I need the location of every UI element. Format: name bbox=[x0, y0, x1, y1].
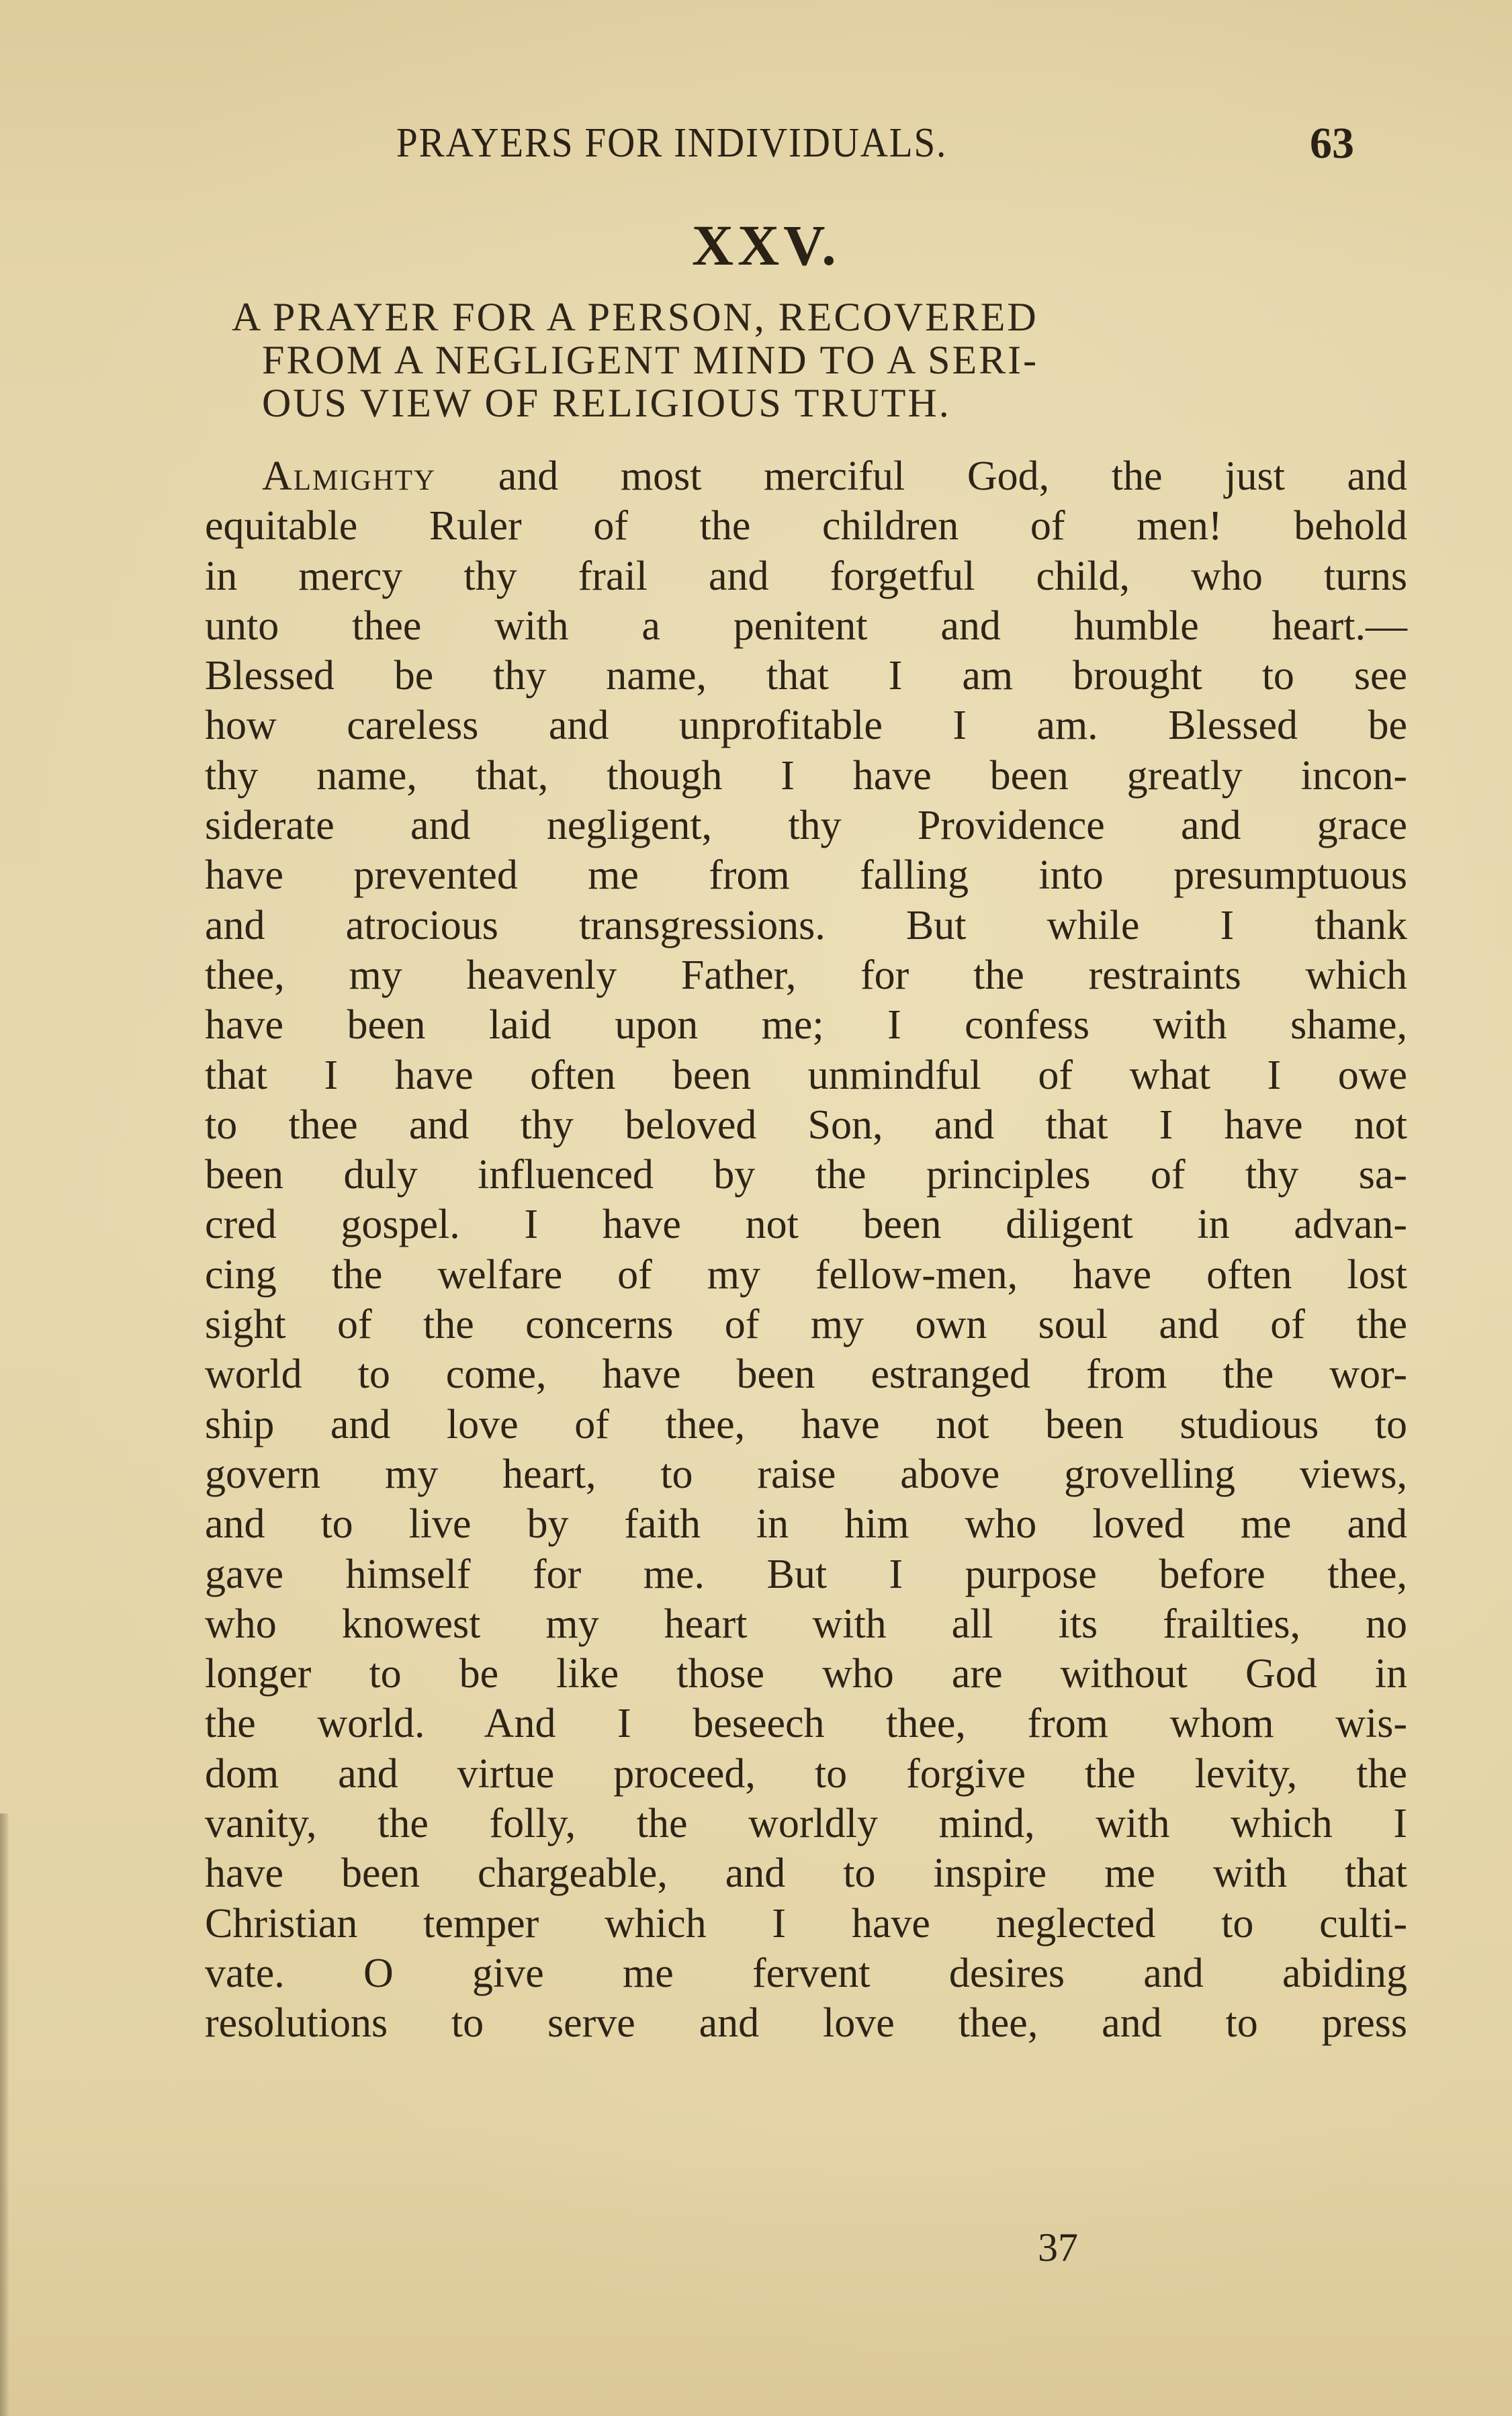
running-head: PRAYERS FOR INDIVIDUALS. bbox=[396, 120, 1280, 167]
body-line: have been laid upon me; I confess with s… bbox=[205, 1000, 1407, 1050]
body-line: unto thee with a penitent and humble hea… bbox=[205, 601, 1407, 651]
body-line: ship and love of thee, have not been stu… bbox=[205, 1400, 1407, 1449]
body-line: and to live by faith in him who loved me… bbox=[205, 1499, 1407, 1549]
heading-line: OUS VIEW OF RELIGIOUS TRUTH. bbox=[232, 382, 1400, 424]
book-page: PRAYERS FOR INDIVIDUALS. 63 XXV. A PRAYE… bbox=[0, 0, 1512, 2416]
body-line: dom and virtue proceed, to forgive the l… bbox=[205, 1749, 1407, 1799]
body-line: how careless and unprofitable I am. Bles… bbox=[205, 701, 1407, 750]
body-line: Christian temper which I have neglected … bbox=[205, 1899, 1407, 1949]
heading-line: FROM A NEGLIGENT MIND TO A SERI- bbox=[232, 339, 1400, 382]
body-line: world to come, have been estranged from … bbox=[205, 1349, 1407, 1399]
body-line: equitable Ruler of the children of men! … bbox=[205, 501, 1407, 551]
drop-word: Almighty bbox=[262, 453, 436, 499]
signature-mark: 37 bbox=[1038, 2225, 1078, 2271]
body-line: to thee and thy beloved Son, and that I … bbox=[205, 1100, 1407, 1150]
body-line: vate. O give me fervent desires and abid… bbox=[205, 1949, 1407, 1998]
page-gutter-shadow bbox=[0, 1814, 9, 2416]
body-line: who knowest my heart with all its frailt… bbox=[205, 1599, 1407, 1649]
prayer-heading: A PRAYER FOR A PERSON, RECOVERED FROM A … bbox=[232, 296, 1400, 424]
body-line: Almighty and most merciful God, the just… bbox=[205, 451, 1407, 501]
body-line: in mercy thy frail and forgetful child, … bbox=[205, 551, 1407, 601]
body-line: gave himself for me. But I purpose befor… bbox=[205, 1550, 1407, 1599]
body-line: have prevented me from falling into pres… bbox=[205, 850, 1407, 900]
body-line: longer to be like those who are without … bbox=[205, 1649, 1407, 1699]
body-line: resolutions to serve and love thee, and … bbox=[205, 1998, 1407, 2048]
body-line: have been chargeable, and to inspire me … bbox=[205, 1848, 1407, 1898]
body-line: sight of the concerns of my own soul and… bbox=[205, 1300, 1407, 1349]
body-line: cred gospel. I have not been diligent in… bbox=[205, 1200, 1407, 1249]
body-line-rest: and most merciful God, the just and bbox=[436, 453, 1407, 499]
body-line: siderate and negligent, thy Providence a… bbox=[205, 801, 1407, 850]
body-line: the world. And I beseech thee, from whom… bbox=[205, 1699, 1407, 1748]
body-line: Blessed be thy name, that I am brought t… bbox=[205, 651, 1407, 701]
chapter-number: XXV. bbox=[692, 212, 840, 279]
running-head-title: PRAYERS FOR INDIVIDUALS. bbox=[396, 120, 947, 167]
body-line: that I have often been unmindful of what… bbox=[205, 1050, 1407, 1100]
page-number: 63 bbox=[1310, 118, 1354, 169]
body-line: cing the welfare of my fellow-men, have … bbox=[205, 1250, 1407, 1300]
prayer-body: Almighty and most merciful God, the just… bbox=[205, 451, 1407, 2049]
body-line: been duly influenced by the principles o… bbox=[205, 1150, 1407, 1200]
body-line: vanity, the folly, the worldly mind, wit… bbox=[205, 1799, 1407, 1848]
body-line: thee, my heavenly Father, for the restra… bbox=[205, 950, 1407, 1000]
heading-line: A PRAYER FOR A PERSON, RECOVERED bbox=[232, 296, 1400, 339]
body-line: govern my heart, to raise above grovelli… bbox=[205, 1449, 1407, 1499]
body-line: and atrocious transgressions. But while … bbox=[205, 901, 1407, 950]
body-line: thy name, that, though I have been great… bbox=[205, 751, 1407, 801]
